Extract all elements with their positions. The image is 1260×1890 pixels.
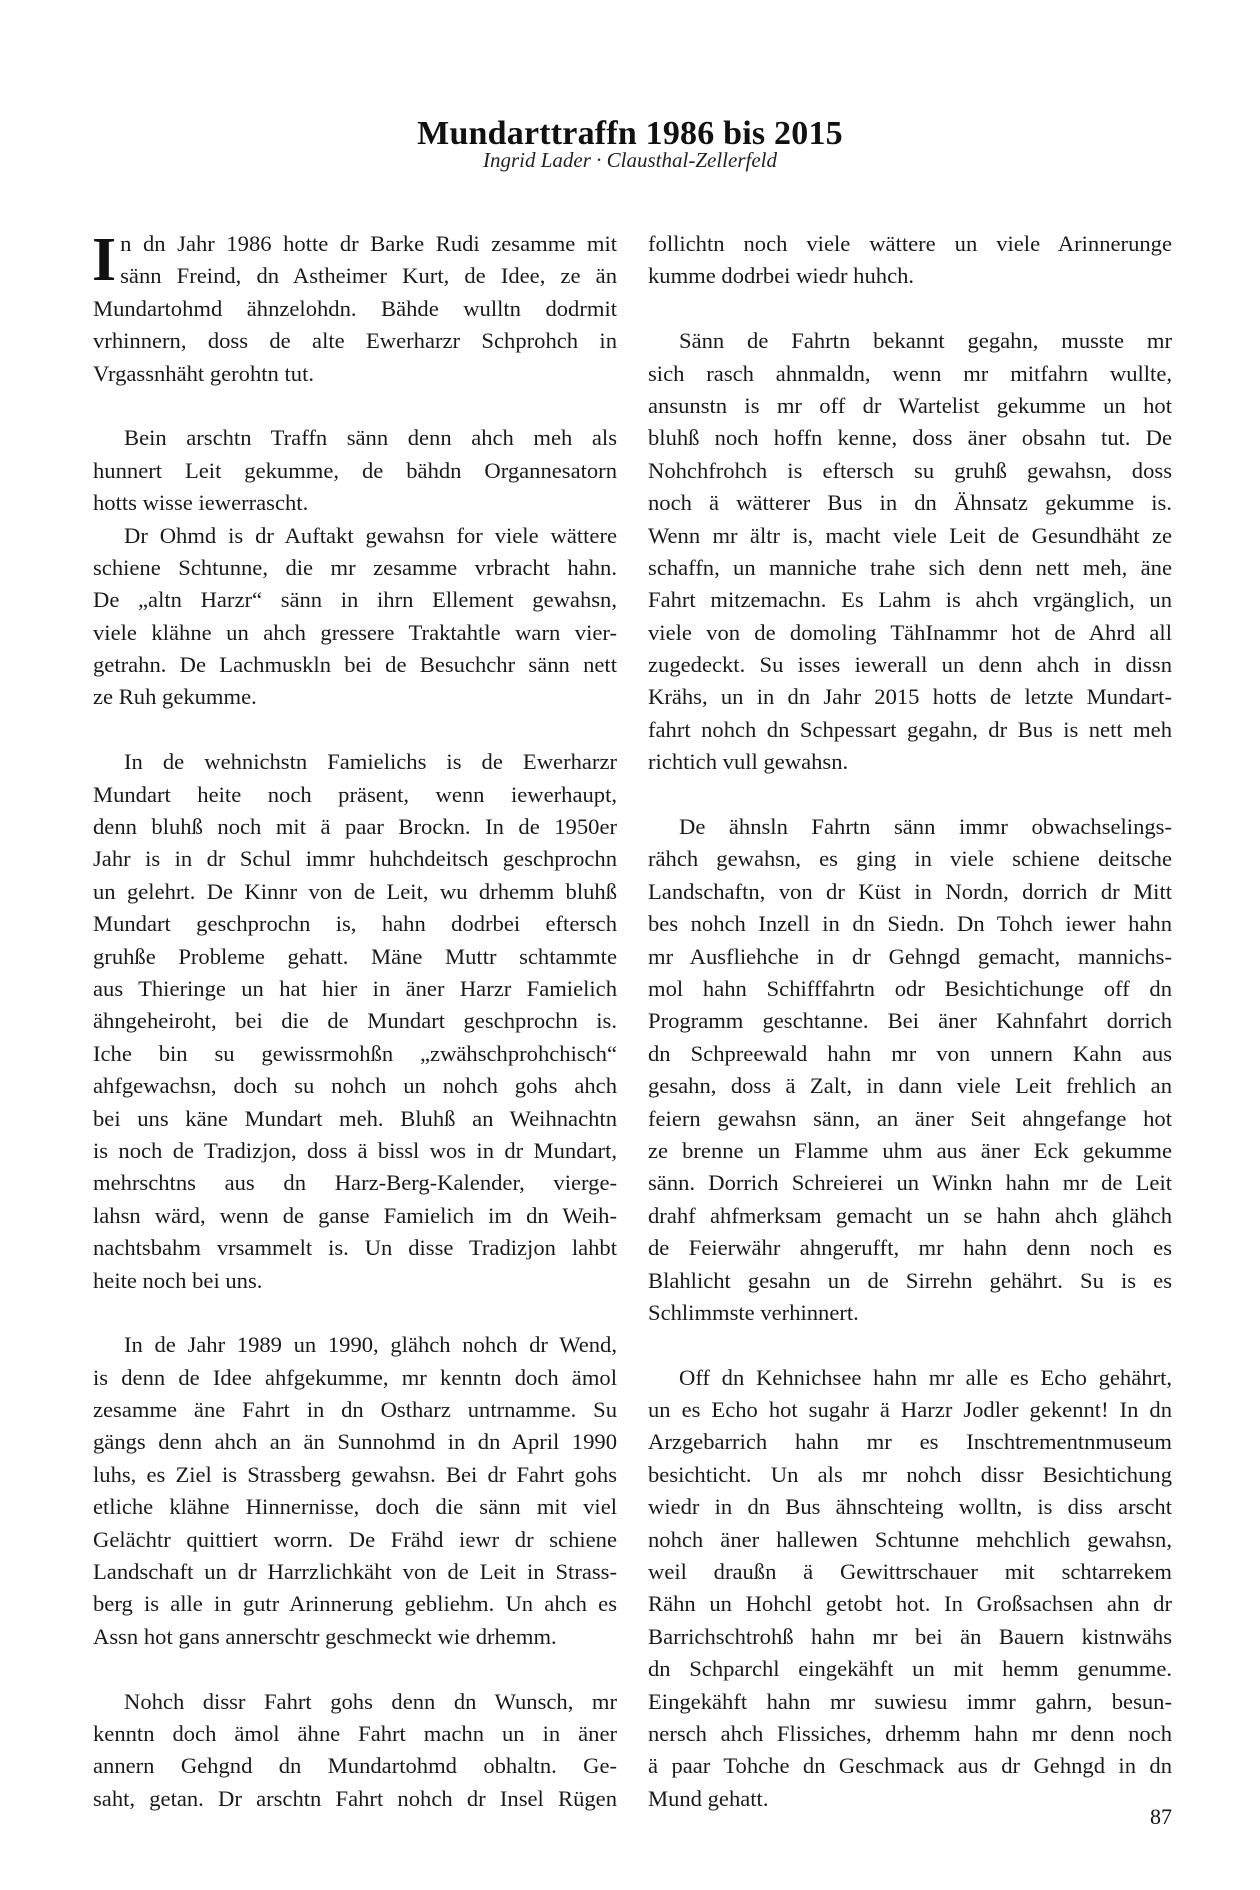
- text-line: nachtsbahm vrsammelt is. Un disse Tradiz…: [93, 1232, 617, 1264]
- text-line: viele von de domoling TähInammr hot de A…: [648, 617, 1172, 649]
- text-line: aus Thieringe un hat hier in äner Harzr …: [93, 973, 617, 1005]
- text-line: viele klähne un ahch gressere Traktahtle…: [93, 617, 617, 649]
- text-line: bes nohch Inzell in dn Siedn. Dn Tohch i…: [648, 908, 1172, 940]
- byline-separator: ·: [596, 148, 601, 172]
- text-line: ä paar Tohche dn Geschmack aus dr Gehngd…: [648, 1750, 1172, 1782]
- text-line: lahsn wärd, wenn de ganse Famielich im d…: [93, 1200, 617, 1232]
- text-line: berg is alle in gutr Arinnerung gebliehm…: [93, 1588, 617, 1620]
- text-line: Rähn un Hohchl getobt hot. In Großsachse…: [648, 1588, 1172, 1620]
- text-line: Fahrt mitzemachn. Es Lahm is ahch vrgäng…: [648, 584, 1172, 616]
- text-line: Mundartohmd ähnzelohdn. Bähde wulltn dod…: [93, 293, 617, 325]
- text-line: is denn de Idee ahfgekumme, mr kenntn do…: [93, 1362, 617, 1394]
- text-line: mol hahn Schifffahrtn odr Besichtichunge…: [648, 973, 1172, 1005]
- text-line: n dn Jahr 1986 hotte dr Barke Rudi zesam…: [93, 228, 617, 260]
- text-line: weil draußn ä Gewittrschauer mit schtarr…: [648, 1556, 1172, 1588]
- text-line: Bein arschtn Traffn sänn denn ahch meh a…: [93, 422, 617, 454]
- text-line: Programm geschtanne. Bei äner Kahnfahrt …: [648, 1005, 1172, 1037]
- text-line: ähngeheiroht, bei die de Mundart geschpr…: [93, 1005, 617, 1037]
- text-line: mr Ausfliehche in dr Gehngd gemacht, man…: [648, 941, 1172, 973]
- text-line: sänn Freind, dn Astheimer Kurt, de Idee,…: [93, 260, 617, 292]
- paragraph-gap: [93, 1653, 617, 1685]
- page-number: 87: [1130, 1804, 1172, 1830]
- text-line: sich rasch ahnmaldn, wenn mr mitfahrn wu…: [648, 358, 1172, 390]
- text-line: follichtn noch viele wättere un viele Ar…: [648, 228, 1172, 260]
- text-line: etliche klähne Hinnernisse, doch die sän…: [93, 1491, 617, 1523]
- text-line: un gelehrt. De Kinnr von de Leit, wu drh…: [93, 876, 617, 908]
- article-byline: Ingrid Lader · Clausthal-Zellerfeld: [0, 148, 1260, 173]
- text-line: vrhinnern, doss de alte Ewerharzr Schpro…: [93, 325, 617, 357]
- text-line: Iche bin su gewissrmohßn „zwähschprohchi…: [93, 1038, 617, 1070]
- text-line: gruhße Probleme gehatt. Mäne Muttr schta…: [93, 941, 617, 973]
- text-line: ze brenne un Flamme uhm aus äner Eck gek…: [648, 1135, 1172, 1167]
- author-location: Clausthal-Zellerfeld: [607, 148, 777, 172]
- text-line: ze Ruh gekumme.: [93, 681, 617, 713]
- text-line: zugedeckt. Su isses iewerall un denn ahc…: [648, 649, 1172, 681]
- text-line: getrahn. De Lachmuskln bei de Besuchchr …: [93, 649, 617, 681]
- text-line: besichticht. Un als mr nohch dissr Besic…: [648, 1459, 1172, 1491]
- text-line: denn bluhß noch mit ä paar Brockn. In de…: [93, 811, 617, 843]
- text-line: bluhß noch hoffn kenne, doss äner obsahn…: [648, 422, 1172, 454]
- text-line: Off dn Kehnichsee hahn mr alle es Echo g…: [648, 1362, 1172, 1394]
- text-line: gängs denn ahch an än Sunnohmd in dn Apr…: [93, 1426, 617, 1458]
- text-line: Landschaftn, von dr Küst in Nordn, dorri…: [648, 876, 1172, 908]
- text-line: Barrichschtrohß hahn mr bei än Bauern ki…: [648, 1621, 1172, 1653]
- text-line: schiene Schtunne, die mr zesamme vrbrach…: [93, 552, 617, 584]
- text-line: ansunstn is mr off dr Wartelist gekumme …: [648, 390, 1172, 422]
- text-line: In de wehnichstn Famielichs is de Ewerha…: [93, 746, 617, 778]
- text-line: dn Schparchl eingekähft un mit hemm genu…: [648, 1653, 1172, 1685]
- text-line: fahrt nohch dn Schpessart gegahn, dr Bus…: [648, 714, 1172, 746]
- author-name: Ingrid Lader: [483, 148, 591, 172]
- text-line: de Feierwähr ahngerufft, mr hahn denn no…: [648, 1232, 1172, 1264]
- text-line: Nohch dissr Fahrt gohs denn dn Wunsch, m…: [93, 1686, 617, 1718]
- text-line: zesamme äne Fahrt in dn Ostharz untrnamm…: [93, 1394, 617, 1426]
- paragraph-gap: [648, 779, 1172, 811]
- text-line: Dr Ohmd is dr Auftakt gewahsn for viele …: [93, 520, 617, 552]
- paragraph-gap: [93, 714, 617, 746]
- drop-cap: I: [92, 232, 116, 292]
- text-line: hunnert Leit gekumme, de bähdn Organnesa…: [93, 455, 617, 487]
- text-line: Schlimmste verhinnert.: [648, 1297, 1172, 1329]
- text-line: Mund gehatt.: [648, 1783, 1172, 1815]
- text-line: Mundart heite noch präsent, wenn iewerha…: [93, 779, 617, 811]
- text-line: Wenn mr ältr is, macht viele Leit de Ges…: [648, 520, 1172, 552]
- text-line: is noch de Tradizjon, doss ä bissl wos i…: [93, 1135, 617, 1167]
- text-line: noch ä wätterer Bus in dn Ähnsatz gekumm…: [648, 487, 1172, 519]
- text-line: kumme dodrbei wiedr huhch.: [648, 260, 1172, 292]
- text-column-left: I n dn Jahr 1986 hotte dr Barke Rudi zes…: [93, 228, 617, 1815]
- text-line: Blahlicht gesahn un de Sirrehn gehährt. …: [648, 1265, 1172, 1297]
- text-line: Eingekähft hahn mr suwiesu immr gahrn, b…: [648, 1686, 1172, 1718]
- paragraph-gap: [93, 1297, 617, 1329]
- text-line: luhs, es Ziel is Strassberg gewahsn. Bei…: [93, 1459, 617, 1491]
- paragraph-gap: [93, 390, 617, 422]
- text-line: schaffn, un manniche trahe sich denn net…: [648, 552, 1172, 584]
- paragraph-gap: [648, 293, 1172, 325]
- text-line: Vrgassnhäht gerohtn tut.: [93, 358, 617, 390]
- text-line: dn Schpreewald hahn mr von unnern Kahn a…: [648, 1038, 1172, 1070]
- text-line: un es Echo hot sugahr ä Harzr Jodler gek…: [648, 1394, 1172, 1426]
- text-line: richtich vull gewahsn.: [648, 746, 1172, 778]
- text-line: mehrschtns aus dn Harz-Berg-Kalender, vi…: [93, 1167, 617, 1199]
- text-line: Mundart geschprochn is, hahn dodrbei eft…: [93, 908, 617, 940]
- text-line: De ähnsln Fahrtn sänn immr obwachselings…: [648, 811, 1172, 843]
- text-line: Krähs, un in dn Jahr 2015 hotts de letzt…: [648, 681, 1172, 713]
- text-line: bei uns käne Mundart meh. Bluhß an Weihn…: [93, 1103, 617, 1135]
- text-line: wiedr in dn Bus ähnschteing wolltn, is d…: [648, 1491, 1172, 1523]
- text-line: Jahr is in dr Schul immr huhchdeitsch ge…: [93, 843, 617, 875]
- text-line: nohch äner hallewen Schtunne mehchlich g…: [648, 1524, 1172, 1556]
- text-line: Gelächtr quittiert worrn. De Frähd iewr …: [93, 1524, 617, 1556]
- text-line: Assn hot gans annerschtr geschmeckt wie …: [93, 1621, 617, 1653]
- text-line: Sänn de Fahrtn bekannt gegahn, musste mr: [648, 325, 1172, 357]
- text-line: Arzgebarrich hahn mr es Inschtrementnmus…: [648, 1426, 1172, 1458]
- text-line: Nohchfrohch is eftersch su gruhß gewahsn…: [648, 455, 1172, 487]
- text-line: saht, getan. Dr arschtn Fahrt nohch dr I…: [93, 1783, 617, 1815]
- text-column-right: follichtn noch viele wättere un viele Ar…: [648, 228, 1172, 1815]
- text-line: hotts wisse iewerrascht.: [93, 487, 617, 519]
- text-line: In de Jahr 1989 un 1990, glähch nohch dr…: [93, 1329, 617, 1361]
- text-line: gesahn, doss ä Zalt, in dann viele Leit …: [648, 1070, 1172, 1102]
- text-line: drahf ahfmerksam gemacht un se hahn ahch…: [648, 1200, 1172, 1232]
- text-line: annern Gehgnd dn Mundartohmd obhaltn. Ge…: [93, 1750, 617, 1782]
- text-line: sänn. Dorrich Schreierei un Winkn hahn m…: [648, 1167, 1172, 1199]
- text-line: nersch ahch Flissiches, drhemm hahn mr d…: [648, 1718, 1172, 1750]
- text-line: Landschaft un dr Harrzlichkäht von de Le…: [93, 1556, 617, 1588]
- text-line: De „altn Harzr“ sänn in ihrn Ellement ge…: [93, 584, 617, 616]
- text-line: heite noch bei uns.: [93, 1265, 617, 1297]
- paragraph-gap: [648, 1329, 1172, 1361]
- text-line: feiern gewahsn sänn, an äner Seit ahngef…: [648, 1103, 1172, 1135]
- text-line: rähch gewahsn, es ging in viele schiene …: [648, 843, 1172, 875]
- text-line: ahfgewachsn, doch su nohch un nohch gohs…: [93, 1070, 617, 1102]
- text-line: kenntn doch ämol ähne Fahrt machn un in …: [93, 1718, 617, 1750]
